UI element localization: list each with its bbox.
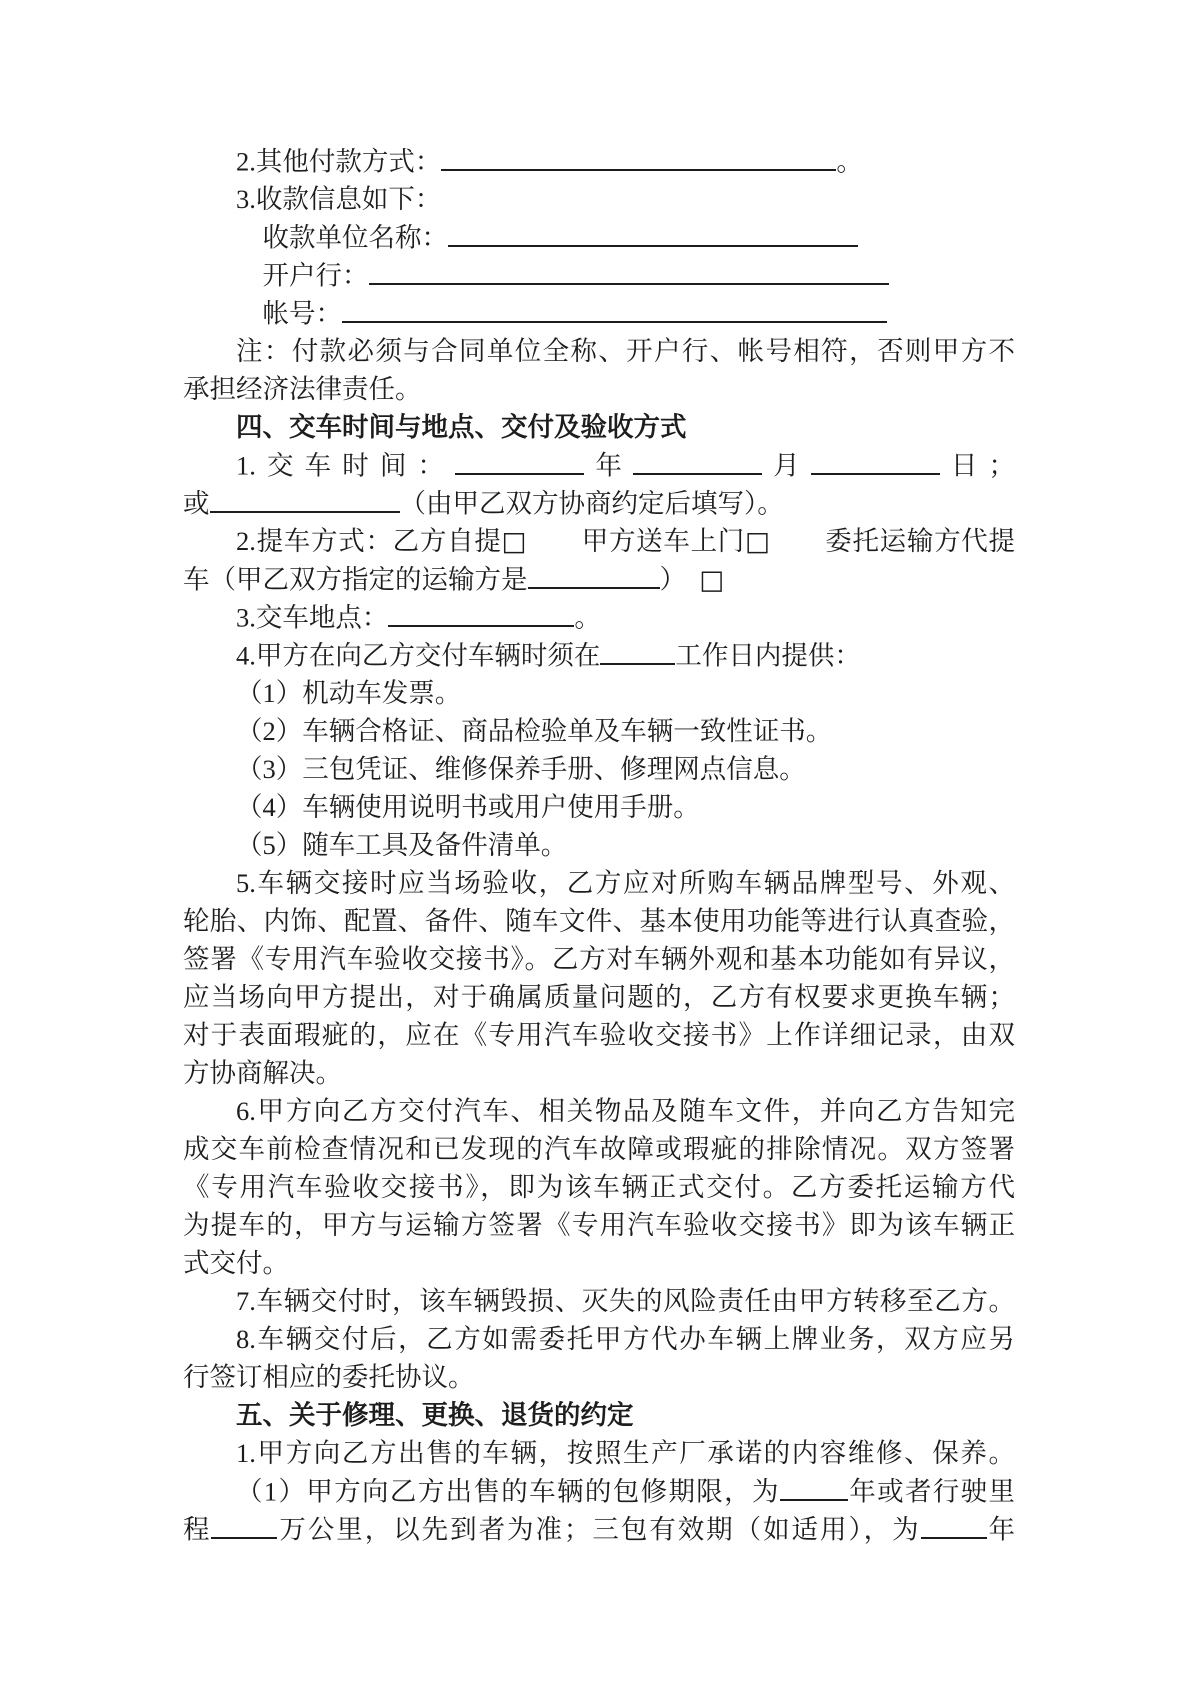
text-run: 开户行： (263, 261, 369, 291)
text-run: 万公里，以先到者为准；三包有效期（如适用），为 (277, 1515, 920, 1545)
text-run: 3.交车地点： (236, 603, 388, 633)
blank-field (441, 142, 836, 171)
inspection-clause-line-4: 应当场向甲方提出，对于确属质量问题的，乙方有权要求更换车辆； (183, 978, 1015, 1016)
text-run: 年 (987, 1515, 1015, 1545)
text-run: 帐号： (263, 299, 343, 329)
blank-field (211, 1510, 277, 1539)
handover-clause-line-2: 成交车前检查情况和已发现的汽车故障或瑕疵的排除情况。双方签署 (183, 1130, 1015, 1168)
section-5-heading: 五、关于修理、更换、退货的约定 (183, 1396, 1015, 1434)
text-run: 8.车辆交付后，乙方如需委托甲方代办车辆上牌业务，双方应另 (236, 1324, 1015, 1354)
checkbox-icon: □ (699, 565, 724, 596)
text-run: 。 (836, 147, 863, 177)
blank-field (210, 484, 400, 513)
text-run: （1）甲方向乙方出售的车辆的包修期限，为 (236, 1477, 780, 1507)
blank-field (342, 294, 887, 323)
handover-clause-line-1: 6.甲方向乙方交付汽车、相关物品及随车文件，并向乙方告知完 (183, 1092, 1015, 1130)
delivery-doc-item-2: （2）车辆合格证、商品检验单及车辆一致性证书。 (183, 712, 1015, 750)
delivery-place: 3.交车地点：。 (183, 598, 1015, 636)
inspection-clause-line-1: 5.车辆交接时应当场验收，乙方应对所购车辆品牌型号、外观、 (183, 864, 1015, 902)
blank-field (388, 598, 574, 627)
text-run: 5.车辆交接时应当场验收，乙方应对所购车辆品牌型号、外观、 (236, 868, 1015, 898)
text-run: （5）随车工具及备件清单。 (236, 830, 567, 860)
delivery-docs-intro: 4.甲方在向乙方交付车辆时须在工作日内提供： (183, 636, 1015, 674)
text-run: 对于表面瑕疵的，应在《专用汽车验收交接书》上作详细记录，由双 (183, 1020, 1015, 1050)
text-run: （4）车辆使用说明书或用户使用手册。 (236, 792, 700, 822)
text-run: 收款单位名称： (263, 223, 449, 253)
warranty-period-line-2: 程万公里，以先到者为准；三包有效期（如适用），为年 (183, 1510, 1015, 1548)
text-run: 甲方送车上门 (527, 526, 745, 556)
text-run: 2.其他付款方式： (236, 147, 441, 177)
blank-field (921, 1510, 987, 1539)
delivery-doc-item-3: （3）三包凭证、维修保养手册、修理网点信息。 (183, 750, 1015, 788)
contract-page: 2.其他付款方式：。3.收款信息如下：收款单位名称：开户行：帐号：注：付款必须与… (0, 0, 1200, 1696)
text-run: 应当场向甲方提出，对于确属质量问题的，乙方有权要求更换车辆； (183, 982, 1015, 1012)
text-run: 。 (574, 603, 601, 633)
delivery-doc-item-4: （4）车辆使用说明书或用户使用手册。 (183, 788, 1015, 826)
text-run: 程 (183, 1515, 211, 1545)
handover-clause-line-4: 为提车的，甲方与运输方签署《专用汽车验收交接书》即为该车辆正 (183, 1206, 1015, 1244)
text-run: 为提车的，甲方与运输方签署《专用汽车验收交接书》即为该车辆正 (183, 1210, 1015, 1240)
registration-clause-line-2: 行签订相应的委托协议。 (183, 1358, 1015, 1396)
text-run: 6.甲方向乙方交付汽车、相关物品及随车文件，并向乙方告知完 (236, 1096, 1015, 1126)
text-run: 2.提车方式：乙方自提 (236, 526, 502, 556)
repair-clause-intro: 1.甲方向乙方出售的车辆，按照生产厂承诺的内容维修、保养。 (183, 1434, 1015, 1472)
text-run: 工作日内提供： (675, 641, 861, 671)
risk-transfer-clause: 7.车辆交付时，该车辆毁损、灭失的风险责任由甲方转移至乙方。 (183, 1282, 1015, 1320)
text-run: 月 (762, 451, 811, 481)
blank-field (633, 446, 762, 475)
text-run: 1.交车时间： (236, 451, 455, 481)
handover-clause-line-5: 式交付。 (183, 1244, 1015, 1282)
text-run: 五、关于修理、更换、退货的约定 (236, 1400, 634, 1430)
payment-note-line-2: 承担经济法律责任。 (183, 370, 1015, 408)
text-run: 式交付。 (183, 1248, 289, 1278)
text-run: 年或者行驶里 (848, 1477, 1015, 1507)
inspection-clause-line-3: 签署《专用汽车验收交接书》。乙方对车辆外观和基本功能如有异议， (183, 940, 1015, 978)
text-run: 方协商解决。 (183, 1058, 342, 1088)
delivery-time-line-1: 1.交车时间：年月日； (183, 446, 1015, 484)
blank-field (600, 636, 675, 665)
pickup-method-line-1: 2.提车方式：乙方自提□ 甲方送车上门□ 委托运输方代提 (183, 522, 1015, 560)
blank-field (780, 1472, 848, 1501)
payee-account-field: 帐号： (183, 294, 1015, 332)
text-run: ） (660, 565, 700, 595)
checkbox-icon: □ (502, 526, 528, 557)
checkbox-icon: □ (745, 526, 771, 557)
blank-field (455, 446, 584, 475)
payee-info-header: 3.收款信息如下： (183, 180, 1015, 218)
text-run: 年 (584, 451, 633, 481)
text-run: 承担经济法律责任。 (183, 374, 422, 404)
blank-field (811, 446, 940, 475)
text-run: 1.甲方向乙方出售的车辆，按照生产厂承诺的内容维修、保养。 (236, 1438, 1015, 1468)
text-run: 车（甲乙双方指定的运输方是 (183, 565, 528, 595)
pickup-method-line-2: 车（甲乙双方指定的运输方是） □ (183, 560, 1015, 598)
inspection-clause-line-5: 对于表面瑕疵的，应在《专用汽车验收交接书》上作详细记录，由双 (183, 1016, 1015, 1054)
inspection-clause-line-2: 轮胎、内饰、配置、备件、随车文件、基本使用功能等进行认真查验， (183, 902, 1015, 940)
text-run: 7.车辆交付时，该车辆毁损、灭失的风险责任由甲方转移至乙方。 (236, 1286, 1015, 1316)
text-run: （3）三包凭证、维修保养手册、修理网点信息。 (236, 754, 806, 784)
text-run: 3.收款信息如下： (236, 184, 441, 214)
document-body: 2.其他付款方式：。3.收款信息如下：收款单位名称：开户行：帐号：注：付款必须与… (183, 142, 1015, 1548)
text-run: 成交车前检查情况和已发现的汽车故障或瑕疵的排除情况。双方签署 (183, 1134, 1015, 1164)
payment-note-line-1: 注：付款必须与合同单位全称、开户行、帐号相符，否则甲方不 (183, 332, 1015, 370)
text-run: 《专用汽车验收交接书》，即为该车辆正式交付。乙方委托运输方代 (183, 1172, 1015, 1202)
handover-clause-line-3: 《专用汽车验收交接书》，即为该车辆正式交付。乙方委托运输方代 (183, 1168, 1015, 1206)
text-run: 行签订相应的委托协议。 (183, 1362, 475, 1392)
payee-bank-field: 开户行： (183, 256, 1015, 294)
text-run: （2）车辆合格证、商品检验单及车辆一致性证书。 (236, 716, 832, 746)
delivery-doc-item-1: （1）机动车发票。 (183, 674, 1015, 712)
text-run: 或 (183, 489, 210, 519)
inspection-clause-line-6: 方协商解决。 (183, 1054, 1015, 1092)
warranty-period-line-1: （1）甲方向乙方出售的车辆的包修期限，为年或者行驶里 (183, 1472, 1015, 1510)
blank-field (369, 256, 889, 285)
text-run: 轮胎、内饰、配置、备件、随车文件、基本使用功能等进行认真查验， (183, 906, 1015, 936)
blank-field (448, 218, 858, 247)
text-run: 日； (940, 451, 1015, 481)
text-run: （由甲乙双方协商约定后填写）。 (400, 489, 784, 519)
other-payment-method: 2.其他付款方式：。 (183, 142, 1015, 180)
delivery-time-line-2: 或（由甲乙双方协商约定后填写）。 (183, 484, 1015, 522)
delivery-doc-item-5: （5）随车工具及备件清单。 (183, 826, 1015, 864)
section-4-heading: 四、交车时间与地点、交付及验收方式 (183, 408, 1015, 446)
text-run: （1）机动车发票。 (236, 678, 461, 708)
text-run: 签署《专用汽车验收交接书》。乙方对车辆外观和基本功能如有异议， (183, 944, 1015, 974)
registration-clause-line-1: 8.车辆交付后，乙方如需委托甲方代办车辆上牌业务，双方应另 (183, 1320, 1015, 1358)
text-run: 4.甲方在向乙方交付车辆时须在 (236, 641, 600, 671)
text-run: 委托运输方代提 (771, 526, 1015, 556)
text-run: 注：付款必须与合同单位全称、开户行、帐号相符，否则甲方不 (236, 336, 1015, 366)
blank-field (528, 560, 660, 589)
payee-name-field: 收款单位名称： (183, 218, 1015, 256)
text-run: 四、交车时间与地点、交付及验收方式 (236, 412, 687, 442)
